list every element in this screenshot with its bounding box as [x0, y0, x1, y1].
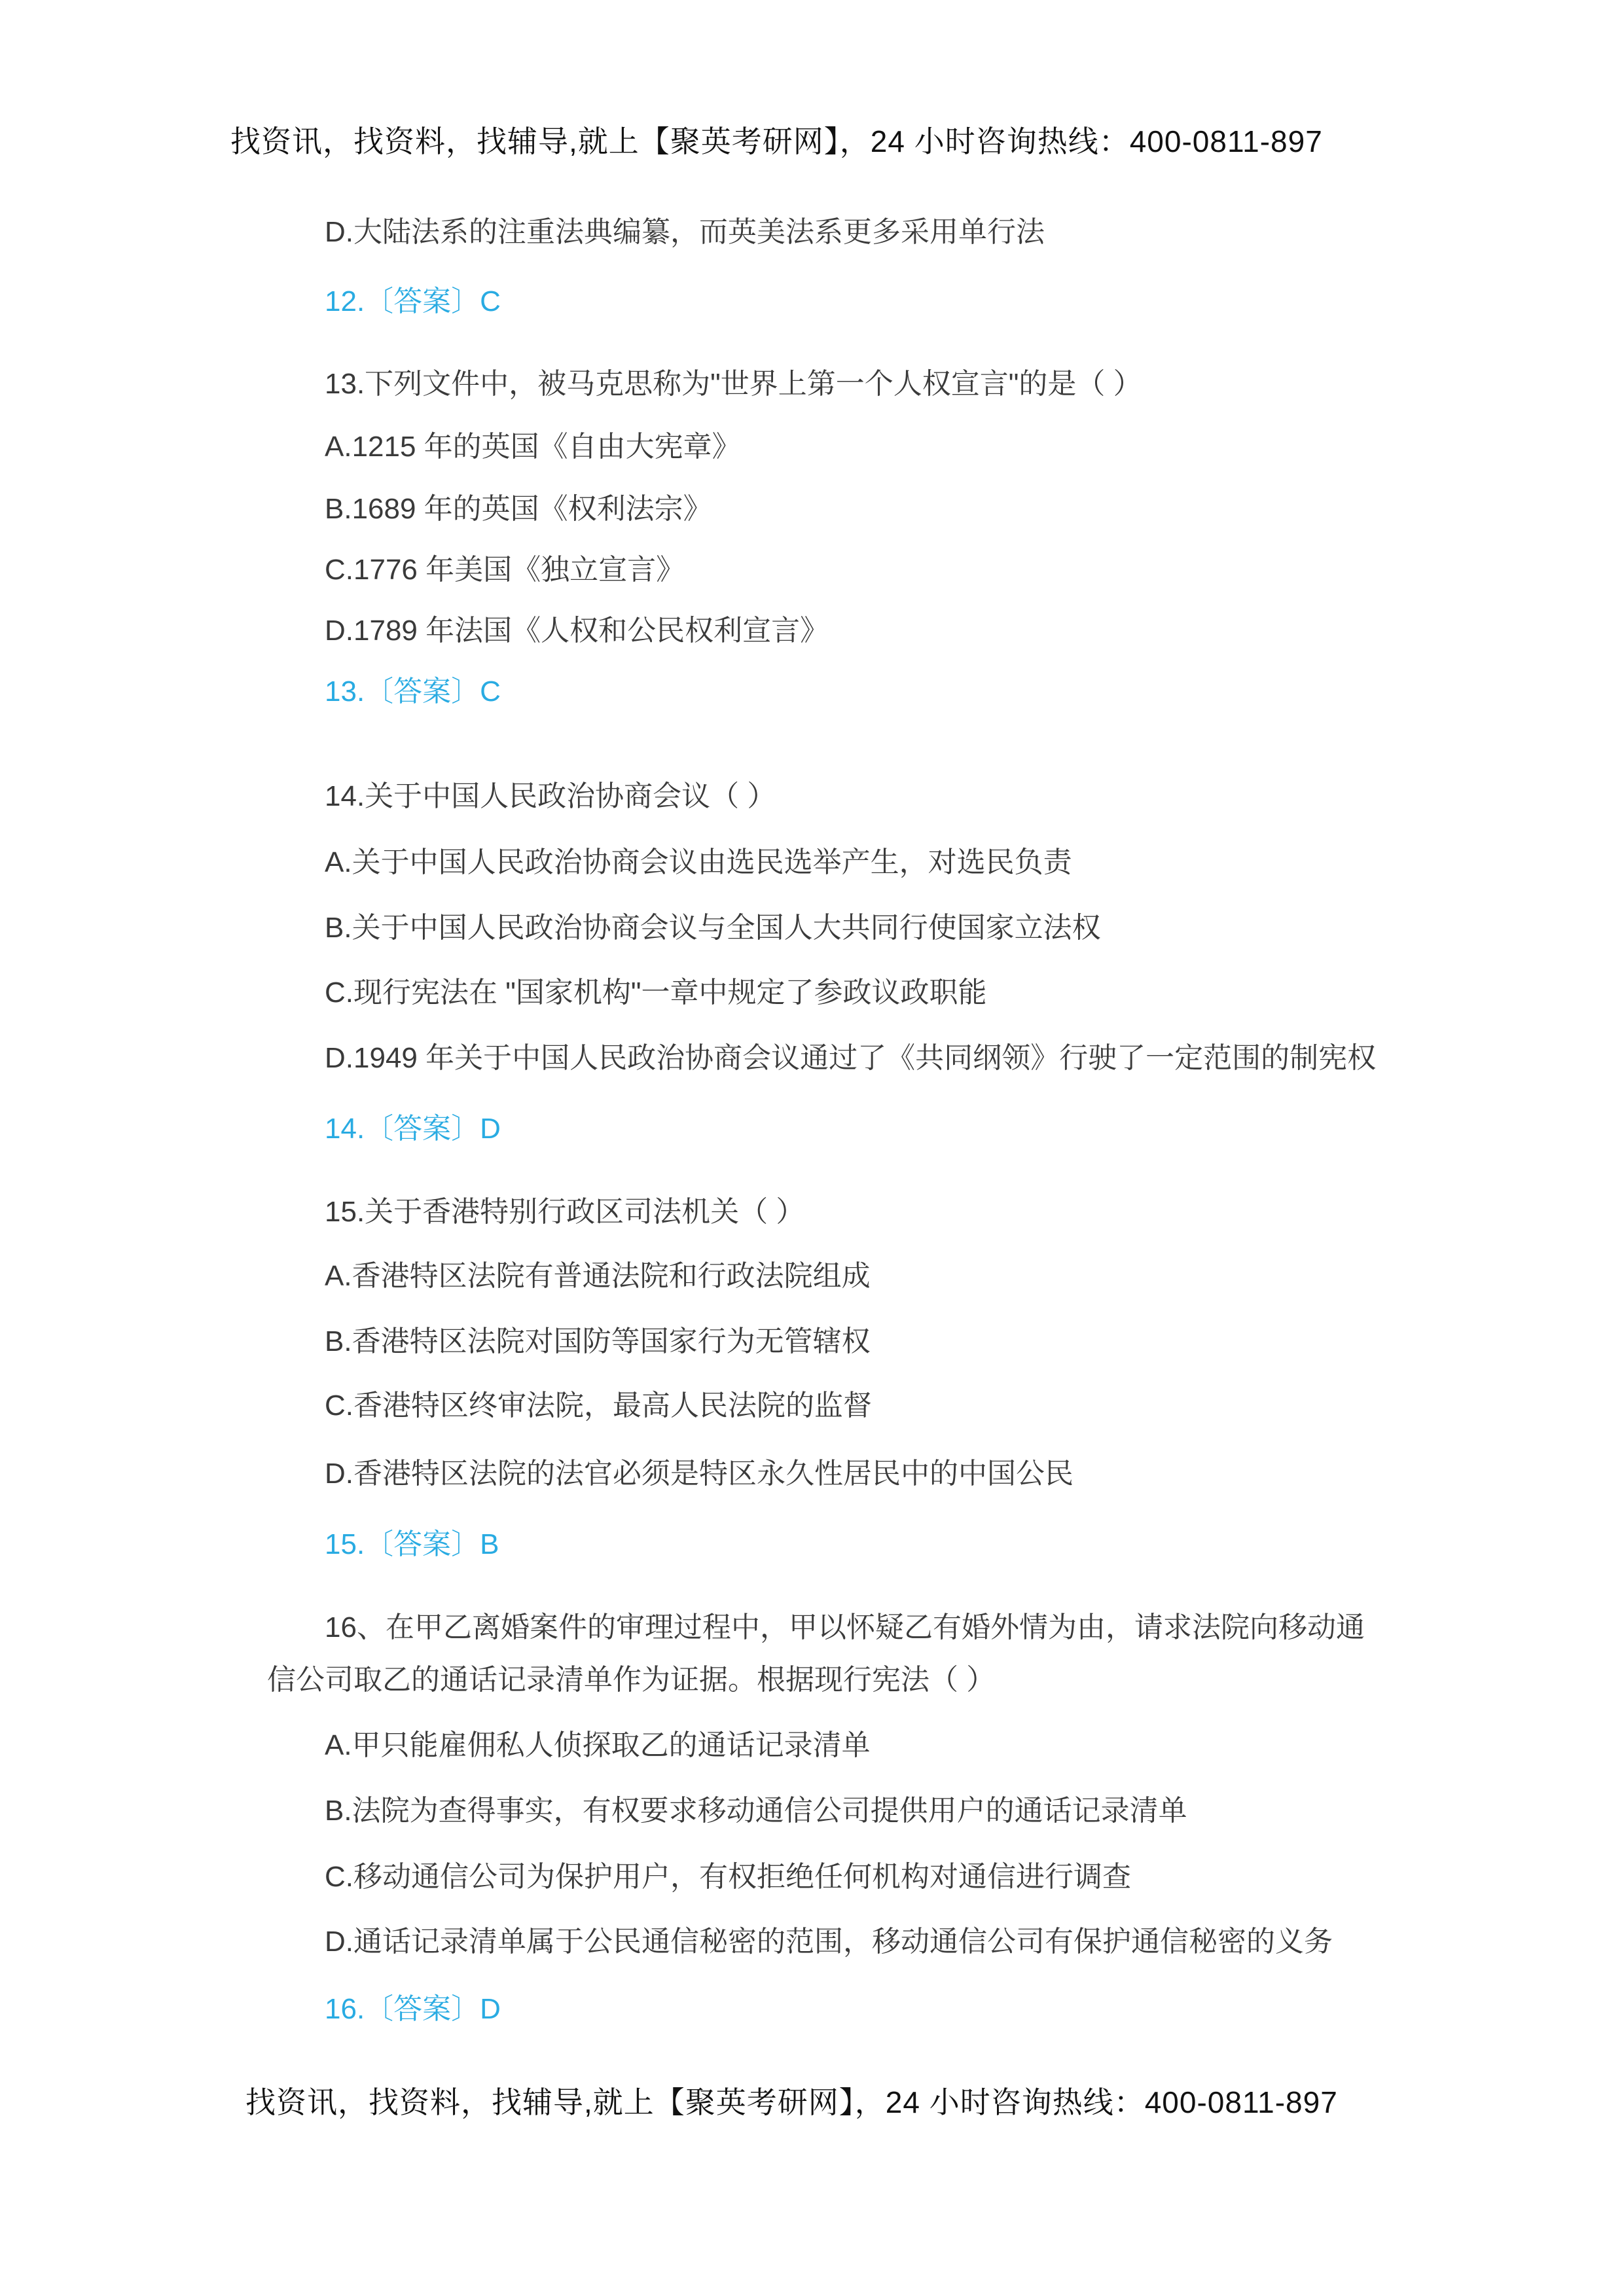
- option-line-q14-c: C.现行宪法在 "国家机构"一章中规定了参政议政职能: [325, 977, 986, 1010]
- question-stem-13: 13.下列文件中，被马克思称为"世界上第一个人权宣言"的是（ ）: [325, 368, 1142, 401]
- option-line-q16-c: C.移动通信公司为保护用户，有权拒绝任何机构对通信进行调查: [325, 1861, 1131, 1894]
- option-line-q15-d: D.香港特区法院的法官必须是特区永久性居民中的中国公民: [325, 1458, 1074, 1491]
- page-header: 找资讯，找资料，找辅导,就上【聚英考研网】，24 小时咨询热线：400-0811…: [230, 124, 1323, 159]
- option-line-q13-a: A.1215 年的英国《自由大宪章》: [325, 431, 741, 464]
- option-line-q16-a: A.甲只能雇佣私人侦探取乙的通话记录清单: [325, 1729, 871, 1763]
- document-page: 找资讯，找资料，找辅导,就上【聚英考研网】，24 小时咨询热线：400-0811…: [0, 0, 1624, 2296]
- question-stem-14: 14.关于中国人民政治协商会议（ ）: [325, 780, 776, 814]
- option-line-q15-a: A.香港特区法院有普通法院和行政法院组成: [325, 1260, 871, 1293]
- option-line-q14-d: D.1949 年关于中国人民政治协商会议通过了《共同纲领》行驶了一定范围的制宪权: [325, 1042, 1376, 1075]
- answer-line-12: 12.〔答案〕C: [325, 285, 501, 319]
- question-stem-15: 15.关于香港特别行政区司法机关（ ）: [325, 1196, 804, 1229]
- option-line-q12-d: D.大陆法系的注重法典编纂，而英美法系更多采用单行法: [325, 216, 1045, 249]
- question-stem-16-line1: 16、在甲乙离婚案件的审理过程中，甲以怀疑乙有婚外情为由，请求法院向移动通: [325, 1611, 1365, 1645]
- answer-line-15: 15.〔答案〕B: [325, 1528, 499, 1562]
- answer-line-14: 14.〔答案〕D: [325, 1113, 501, 1146]
- option-line-q14-b: B.关于中国人民政治协商会议与全国人大共同行使国家立法权: [325, 912, 1101, 945]
- answer-line-13: 13.〔答案〕C: [325, 675, 501, 709]
- option-line-q13-b: B.1689 年的英国《权利法宗》: [325, 493, 712, 526]
- option-line-q16-d: D.通话记录清单属于公民通信秘密的范围，移动通信公司有保护通信秘密的义务: [325, 1926, 1333, 1959]
- option-line-q13-d: D.1789 年法国《人权和公民权利宣言》: [325, 615, 829, 648]
- question-stem-16-line2: 信公司取乙的通话记录清单作为证据。根据现行宪法（ ）: [267, 1664, 995, 1697]
- option-line-q13-c: C.1776 年美国《独立宣言》: [325, 554, 685, 587]
- option-line-q15-c: C.香港特区终审法院，最高人民法院的监督: [325, 1390, 872, 1423]
- option-line-q15-b: B.香港特区法院对国防等国家行为无管辖权: [325, 1325, 871, 1359]
- page-footer: 找资讯，找资料，找辅导,就上【聚英考研网】，24 小时咨询热线：400-0811…: [245, 2085, 1338, 2120]
- option-line-q16-b: B.法院为查得事实，有权要求移动通信公司提供用户的通话记录清单: [325, 1795, 1187, 1828]
- option-line-q14-a: A.关于中国人民政治协商会议由选民选举产生，对选民负责: [325, 846, 1072, 880]
- answer-line-16: 16.〔答案〕D: [325, 1993, 501, 2026]
